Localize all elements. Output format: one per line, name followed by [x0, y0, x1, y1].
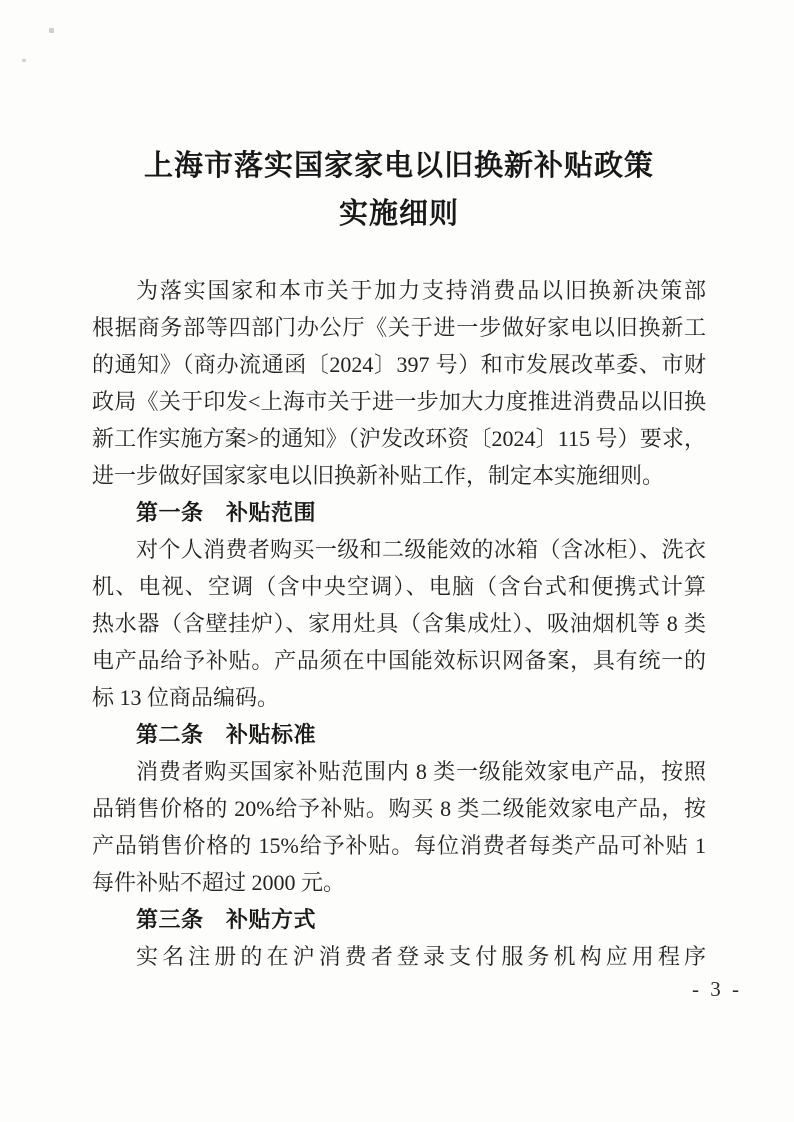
paragraph-line: 产品销售价格的 15%给予补贴。每位消费者每类产品可补贴 1 件，	[92, 827, 706, 864]
title-line-1: 上海市落实国家家电以旧换新补贴政策	[92, 142, 706, 190]
document-content: 上海市落实国家家电以旧换新补贴政策 实施细则 为落实国家和本市关于加力支持消费品…	[92, 142, 706, 975]
scan-artifact	[22, 59, 26, 62]
paragraph-line: 政局《关于印发<上海市关于进一步加大力度推进消费品以旧换	[92, 383, 706, 420]
paragraph-line: 实名注册的在沪消费者登录支付服务机构应用程序（APP），	[92, 938, 706, 975]
paragraph-line: 品销售价格的 20%给予补贴。购买 8 类二级能效家电产品，按照	[92, 790, 706, 827]
paragraph-line: 热水器（含壁挂炉）、家用灶具（含集成灶）、吸油烟机等 8 类家	[92, 605, 706, 642]
section-heading-article-1: 第一条 补贴范围	[92, 494, 706, 531]
paragraph-line: 进一步做好国家家电以旧换新补贴工作，制定本实施细则。	[92, 457, 706, 494]
document-page: 上海市落实国家家电以旧换新补贴政策 实施细则 为落实国家和本市关于加力支持消费品…	[0, 0, 794, 1122]
paragraph-line: 新工作实施方案>的通知》（沪发改环资〔2024〕115 号）要求，	[92, 420, 706, 457]
paragraph-line: 电产品给予补贴。产品须在中国能效标识网备案，具有统一的国	[92, 642, 706, 679]
section-heading-article-3: 第三条 补贴方式	[92, 901, 706, 938]
paragraph-line: 消费者购买国家补贴范围内 8 类一级能效家电产品，按照产	[92, 753, 706, 790]
title-line-2: 实施细则	[92, 190, 706, 238]
section-heading-article-2: 第二条 补贴标准	[92, 716, 706, 753]
scan-artifact	[49, 28, 54, 33]
document-title: 上海市落实国家家电以旧换新补贴政策 实施细则	[92, 142, 706, 238]
paragraph-line: 标 13 位商品编码。	[92, 679, 706, 716]
paragraph-line: 机、电视、空调（含中央空调）、电脑（含台式和便携式计算机）、	[92, 568, 706, 605]
document-body: 为落实国家和本市关于加力支持消费品以旧换新决策部署， 根据商务部等四部门办公厅《…	[92, 272, 706, 975]
page-number: - 3 -	[692, 977, 742, 1002]
paragraph-line: 为落实国家和本市关于加力支持消费品以旧换新决策部署，	[92, 272, 706, 309]
paragraph-line: 的通知》（商办流通函〔2024〕397 号）和市发展改革委、市财	[92, 346, 706, 383]
paragraph-line: 对个人消费者购买一级和二级能效的冰箱（含冰柜）、洗衣	[92, 531, 706, 568]
paragraph-line: 根据商务部等四部门办公厅《关于进一步做好家电以旧换新工作	[92, 309, 706, 346]
paragraph-line: 每件补贴不超过 2000 元。	[92, 864, 706, 901]
